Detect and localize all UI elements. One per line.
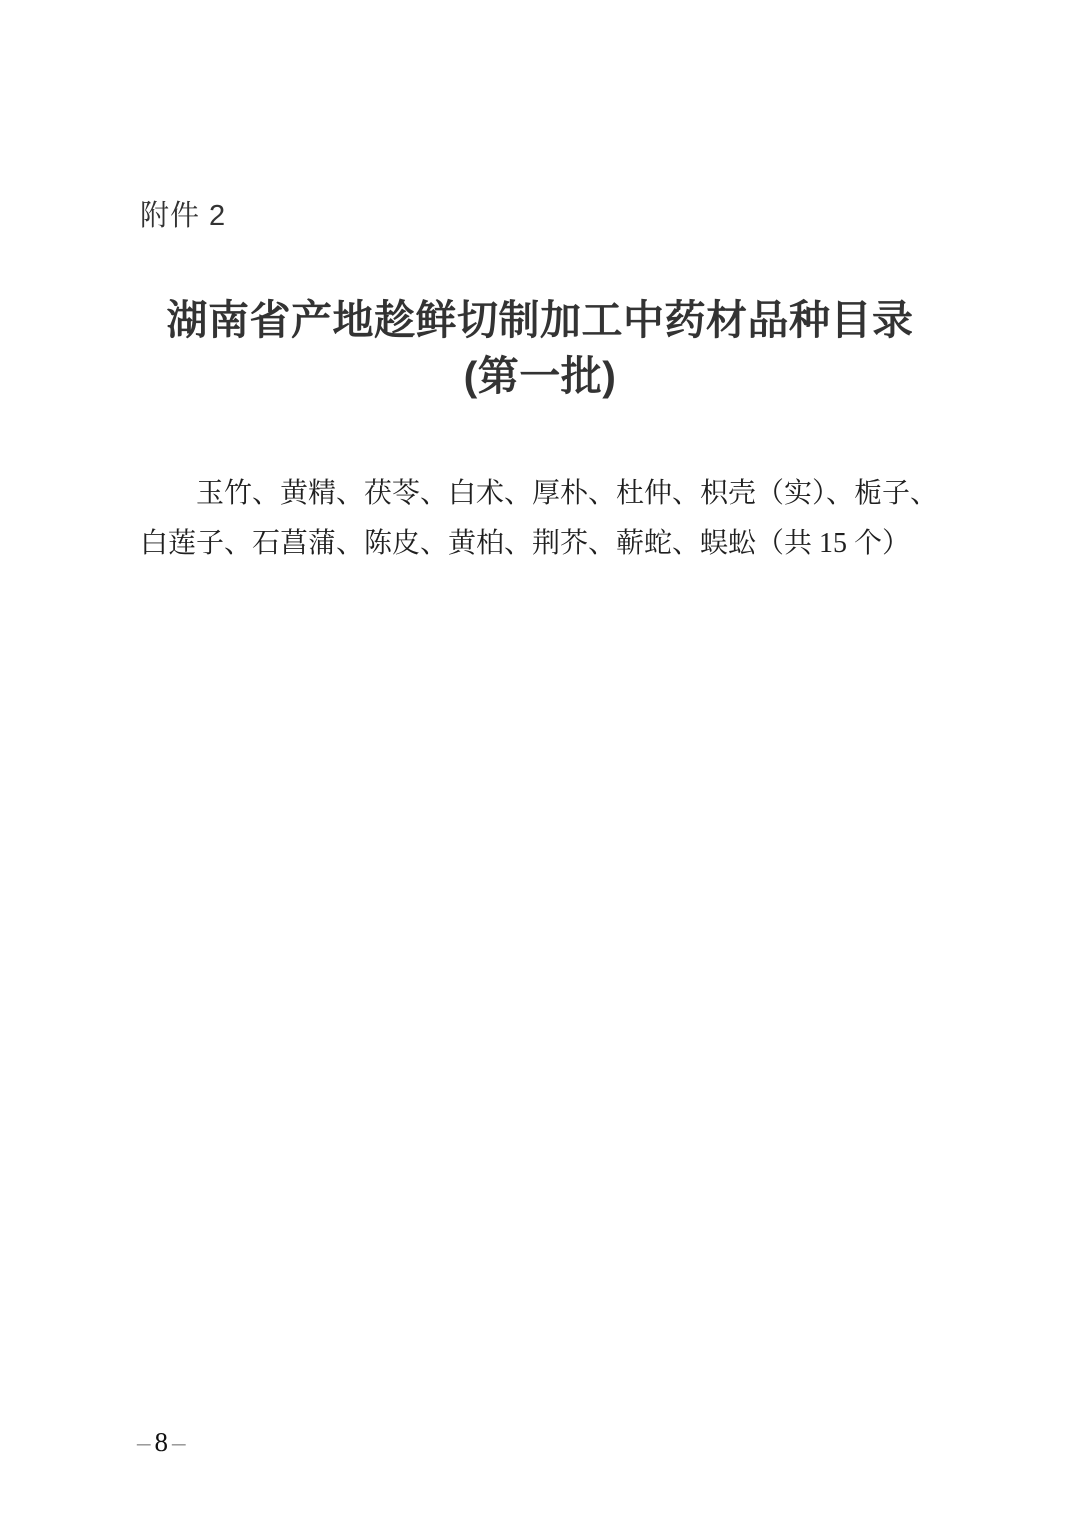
footer-left-dash: –: [137, 1427, 151, 1457]
document-page: 附件 2 湖南省产地趁鲜切制加工中药材品种目录 (第一批) 玉竹、黄精、茯苓、白…: [0, 0, 1080, 1528]
body-paragraph: 玉竹、黄精、茯苓、白术、厚朴、杜仲、枳壳（实）、栀子、 白莲子、石菖蒲、陈皮、黄…: [140, 469, 940, 569]
footer-right-dash: –: [172, 1427, 186, 1457]
title-line-1: 湖南省产地趁鲜切制加工中药材品种目录: [0, 292, 1080, 348]
body-line-1: 玉竹、黄精、茯苓、白术、厚朴、杜仲、枳壳（实）、栀子、: [140, 469, 940, 519]
attachment-label: 附件 2: [140, 196, 226, 236]
page-footer: –8–: [137, 1424, 186, 1460]
page-number: 8: [151, 1427, 173, 1457]
document-title: 湖南省产地趁鲜切制加工中药材品种目录 (第一批): [0, 292, 1080, 404]
title-line-2: (第一批): [0, 348, 1080, 404]
body-line-2: 白莲子、石菖蒲、陈皮、黄柏、荆芥、蕲蛇、蜈蚣（共 15 个）: [140, 519, 940, 569]
